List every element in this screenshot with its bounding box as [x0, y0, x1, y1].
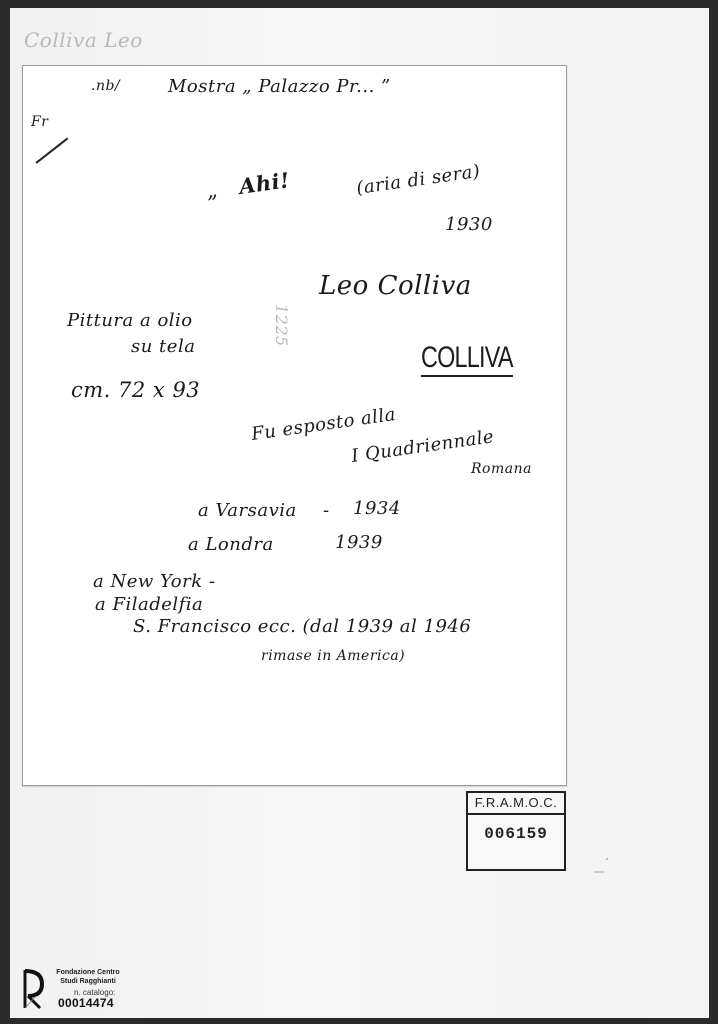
- photo-verso-card: .nb/ Mostra „ Palazzo Pr... ” Fr „ Ahi! …: [22, 65, 567, 786]
- artwork-title: Ahi!: [238, 167, 292, 199]
- foundation-name: Fondazione Centro Studi Ragghianti: [56, 968, 120, 986]
- america-line-1: a New York -: [93, 571, 215, 592]
- medium-line-1: Pittura a olio: [67, 310, 193, 331]
- exhibition-line-3: Romana: [471, 461, 532, 477]
- pencil-artist-name: Colliva Leo: [24, 28, 143, 52]
- scanned-sheet: Colliva Leo .nb/ Mostra „ Palazzo Pr... …: [10, 8, 709, 1018]
- framoc-stamp: F.R.A.M.O.C. 006159: [466, 791, 566, 871]
- stray-marks: [590, 858, 620, 878]
- artwork-subtitle: (aria di sera): [355, 161, 482, 199]
- america-line-4: rimase in America): [261, 648, 405, 664]
- foundation-name-line-1: Fondazione Centro: [56, 968, 120, 977]
- america-line-3: S. Francisco ecc. (dal 1939 al 1946: [133, 616, 471, 637]
- exhibition-place: a Londra: [188, 534, 274, 555]
- exhibition-place: a Varsavia: [198, 500, 297, 521]
- artist-signature: Leo Colliva: [319, 271, 472, 301]
- foundation-name-line-2: Studi Ragghianti: [56, 977, 120, 986]
- exhibition-year: 1934: [353, 498, 401, 519]
- margin-slash: [36, 138, 68, 164]
- header-prefix: .nb/: [91, 78, 120, 94]
- exhibition-line-1: Fu esposto alla: [250, 404, 397, 445]
- ragghianti-logo-icon: [22, 968, 44, 1008]
- margin-mark: Fr: [31, 114, 48, 130]
- exhibition-separator: -: [323, 500, 330, 521]
- medium-line-2: su tela: [131, 336, 195, 357]
- artwork-year: 1930: [445, 214, 493, 235]
- exhibition-header: Mostra „ Palazzo Pr... ”: [168, 76, 391, 97]
- pencil-number: 1225: [272, 304, 291, 347]
- artist-name-caps: COLLIVA: [421, 341, 513, 377]
- catalog-number: 00014474: [58, 996, 114, 1010]
- exhibition-year: 1939: [335, 532, 383, 553]
- dimensions: cm. 72 x 93: [71, 378, 200, 402]
- stamp-header: F.R.A.M.O.C.: [468, 793, 564, 815]
- artwork-quote-mark: „: [205, 178, 220, 203]
- stamp-number: 006159: [468, 825, 564, 843]
- catalog-label: Fondazione Centro Studi Ragghianti n. ca…: [16, 962, 124, 1012]
- america-line-2: a Filadelfia: [95, 594, 203, 615]
